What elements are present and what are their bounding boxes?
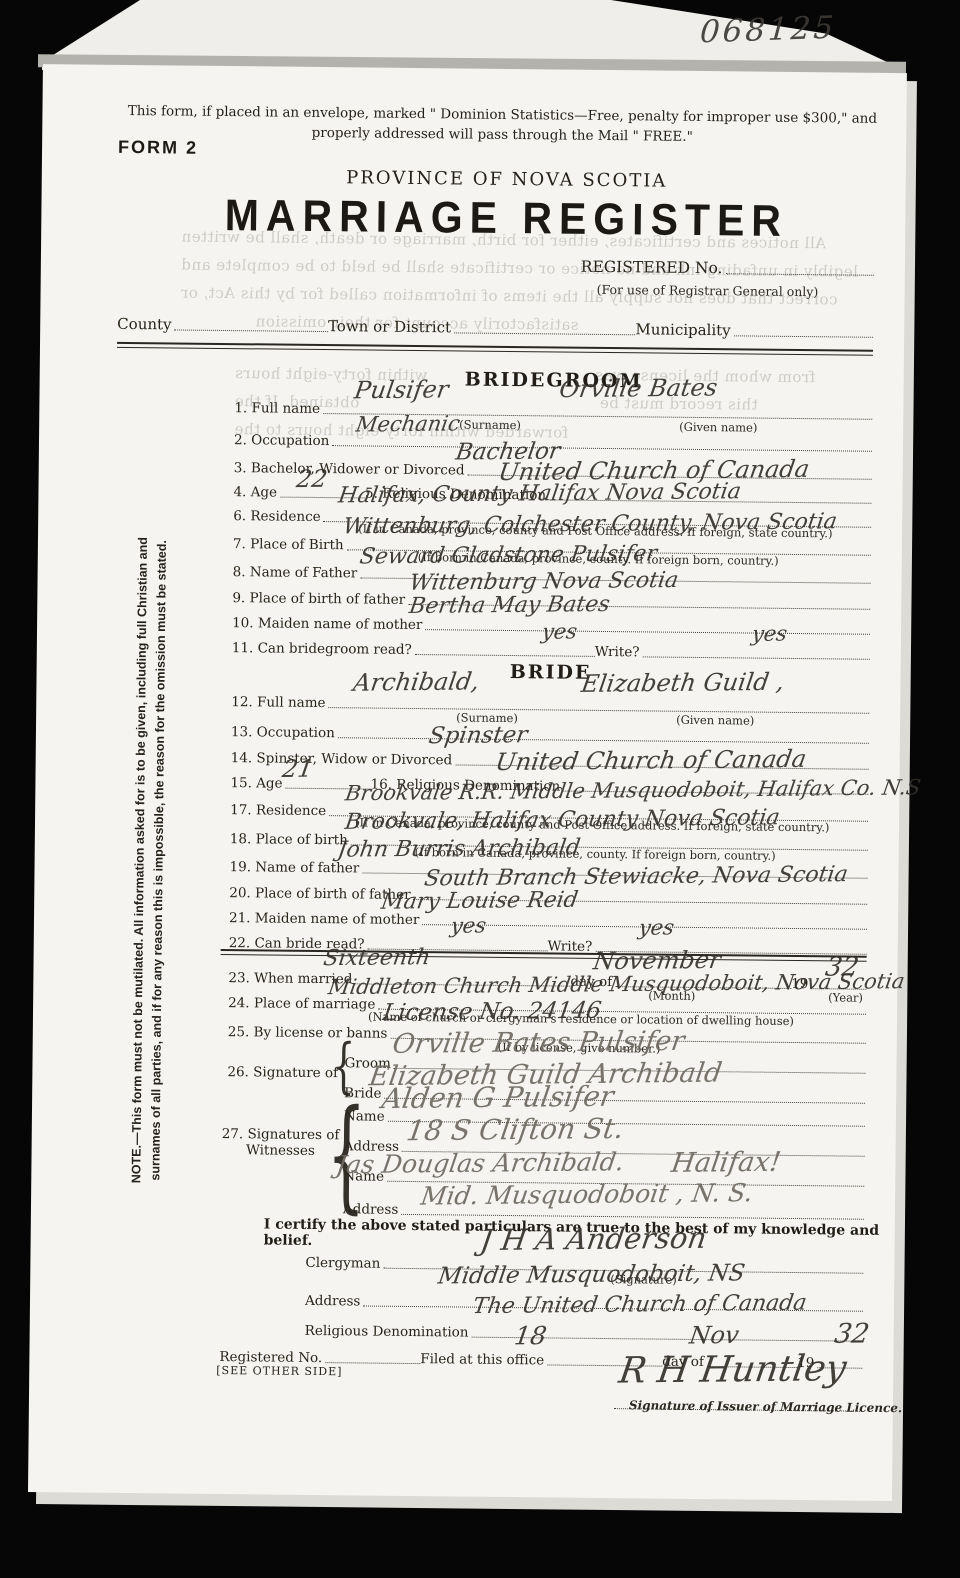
bride-full-name-label: 12. Full name bbox=[231, 694, 328, 711]
father-birthplace-label: 9. Place of birth of father bbox=[232, 590, 408, 608]
hw-groom-mother: Bertha May Bates bbox=[407, 592, 611, 619]
field-full-name: 1. Full name bbox=[234, 396, 872, 423]
bride-residence-label: 17. Residence bbox=[230, 802, 329, 819]
hw-bride-read: yes bbox=[449, 913, 488, 937]
hw-witness1-address: 18 S Clifton St. bbox=[404, 1112, 626, 1147]
hw-filed-month: Nov bbox=[688, 1321, 741, 1350]
mother-line bbox=[425, 628, 870, 635]
hw-bride-residence: Brookvale R.R. Middle Musquodoboit, Hali… bbox=[344, 775, 923, 805]
county-line bbox=[175, 328, 328, 332]
section-divider bbox=[117, 342, 873, 356]
bride-birthplace-label: 18. Place of birth bbox=[230, 831, 351, 848]
marriage-register-page: All notices and certificates, either for… bbox=[28, 64, 907, 1501]
hw-groom-father: Seward Gladstone Pulsifer bbox=[358, 541, 659, 569]
county-row: County Town or District Municipality bbox=[117, 313, 873, 341]
bride-full-name-line bbox=[329, 706, 870, 714]
town-label: Town or District bbox=[328, 317, 454, 336]
hw-groom-read: yes bbox=[540, 619, 579, 643]
form-number-label: FORM 2 bbox=[118, 137, 198, 159]
hw-witness1-address-city: Halifax! bbox=[669, 1147, 783, 1179]
field-clergyman-denomination: Religious Denomination bbox=[305, 1319, 863, 1345]
hw-groom-write: yes bbox=[750, 622, 789, 646]
full-name-label: 1. Full name bbox=[234, 400, 323, 417]
hw-bride-given: Elizabeth Guild , bbox=[579, 668, 786, 698]
registered-no-line bbox=[725, 272, 873, 276]
witnesses-label: 27. Signatures of Witnesses bbox=[222, 1126, 343, 1159]
see-other-side: [SEE OTHER SIDE] bbox=[216, 1364, 342, 1378]
hw-bride-surname: Archibald, bbox=[351, 667, 481, 696]
municipality-line bbox=[734, 334, 873, 337]
hw-bride-father: John Burris Archibald bbox=[336, 835, 582, 863]
hw-bride-denomination: United Church of Canada bbox=[494, 745, 809, 776]
hw-groom-surname: Pulsifer bbox=[352, 375, 450, 404]
hw-bride-father-birthplace: South Branch Stewiacke, Nova Scotia bbox=[423, 862, 850, 891]
clergyman-address-label: Address bbox=[305, 1293, 364, 1310]
residence-label: 6. Residence bbox=[233, 508, 324, 525]
occupation-label: 2. Occupation bbox=[234, 432, 332, 449]
registered-no-label: REGISTERED No. bbox=[581, 258, 726, 278]
hw-clergyman-address: Middle Musquodoboit, NS bbox=[436, 1260, 746, 1289]
scanned-document: 068125 All notices and certificates, eit… bbox=[0, 0, 960, 1578]
witnesses-label-line2: Witnesses bbox=[222, 1142, 340, 1159]
hw-filed-day: 18 bbox=[513, 1321, 549, 1350]
license-banns-label: 25. By license or banns bbox=[228, 1024, 391, 1042]
stamp-number: 068125 bbox=[699, 10, 838, 51]
hw-groom-father-birthplace: Wittenburg Nova Scotia bbox=[408, 568, 680, 596]
father-label: 8. Name of Father bbox=[233, 564, 361, 581]
bride-age-label: 15. Age bbox=[230, 775, 285, 792]
signature-of-label: 26. Signature of bbox=[227, 1064, 341, 1081]
clergyman-label: Clergyman bbox=[305, 1255, 383, 1272]
write-label: Write? bbox=[595, 644, 643, 660]
bride-status-label: 14. Spinster, Widow or Divorced bbox=[231, 750, 456, 768]
hw-bride-status: Spinster bbox=[427, 722, 529, 749]
hw-groom-occupation: Mechanic bbox=[354, 411, 461, 436]
mail-notice: This form, if placed in an envelope, mar… bbox=[112, 101, 892, 149]
field-bride-occupation: 13. Occupation bbox=[231, 720, 869, 747]
hw-groom-age: 22 bbox=[295, 465, 330, 493]
hw-witness1-name: Alden G Pulsifer bbox=[380, 1080, 616, 1115]
hw-filed-year: 32 bbox=[832, 1318, 871, 1349]
hw-bride-mother: Mary Louise Reid bbox=[379, 888, 579, 915]
read-line bbox=[415, 653, 595, 657]
hw-groom-signature: Orville Bates Pulsifer bbox=[390, 1026, 686, 1060]
age-label: 4. Age bbox=[233, 484, 280, 500]
registered-line bbox=[325, 1361, 420, 1364]
hw-groom-given: Orville Bates bbox=[558, 373, 720, 403]
status-label: 3. Bachelor, Widower or Divorced bbox=[234, 460, 468, 478]
witnesses-label-line1: 27. Signatures of bbox=[222, 1126, 340, 1143]
town-line bbox=[454, 331, 635, 335]
witness-address-label: Address bbox=[343, 1201, 402, 1218]
hw-when-married: Sixteenth bbox=[322, 945, 432, 971]
bride-occupation-line bbox=[338, 736, 869, 744]
hw-witness2-name: Jas Douglas Archibald. bbox=[334, 1147, 626, 1179]
hw-bride-age: 21 bbox=[281, 755, 316, 783]
clergyman-denomination-label: Religious Denomination bbox=[305, 1323, 472, 1341]
hw-clergyman-signature: J H A Anderson bbox=[478, 1221, 709, 1257]
page-title: MARRIAGE REGISTER bbox=[116, 189, 896, 248]
hw-groom-birthplace: Wittenburg, Colchester County, Nova Scot… bbox=[341, 509, 838, 539]
hw-bride-birthplace: Brookvale, Halifax County Nova Scotia bbox=[343, 805, 781, 835]
issuer-signature-caption: Signature of Issuer of Marriage Licence. bbox=[629, 1398, 902, 1415]
hw-license: License No. 24146 bbox=[381, 998, 603, 1026]
province-heading: PROVINCE OF NOVA SCOTIA bbox=[157, 165, 857, 193]
occupation-line bbox=[332, 444, 872, 452]
read-label: 11. Can bridegroom read? bbox=[232, 640, 415, 658]
municipality-label: Municipality bbox=[635, 320, 734, 339]
registered-no-row: REGISTERED No. bbox=[581, 256, 874, 279]
hw-issuer-signature: R H Huntley bbox=[616, 1348, 849, 1391]
registered-no-caption: (For use of Registrar General only) bbox=[597, 282, 819, 299]
hw-place-of-marriage: Middleton Church Middle Musquodoboit, No… bbox=[327, 969, 907, 999]
hw-clergyman-denomination: The United Church of Canada bbox=[471, 1291, 808, 1320]
hw-groom-residence: Halifax, County Halifax Nova Scotia bbox=[337, 479, 743, 508]
filed-label: Filed at this office bbox=[420, 1351, 547, 1368]
mother-label: 10. Maiden name of mother bbox=[232, 615, 425, 633]
birthplace-label: 7. Place of Birth bbox=[233, 536, 347, 553]
write-line bbox=[642, 655, 869, 659]
hw-witness2-address: Mid. Musquodoboit , N. S. bbox=[419, 1178, 755, 1211]
bride-occupation-label: 13. Occupation bbox=[231, 724, 338, 741]
hw-bride-write: yes bbox=[637, 915, 676, 939]
county-label: County bbox=[117, 315, 175, 334]
